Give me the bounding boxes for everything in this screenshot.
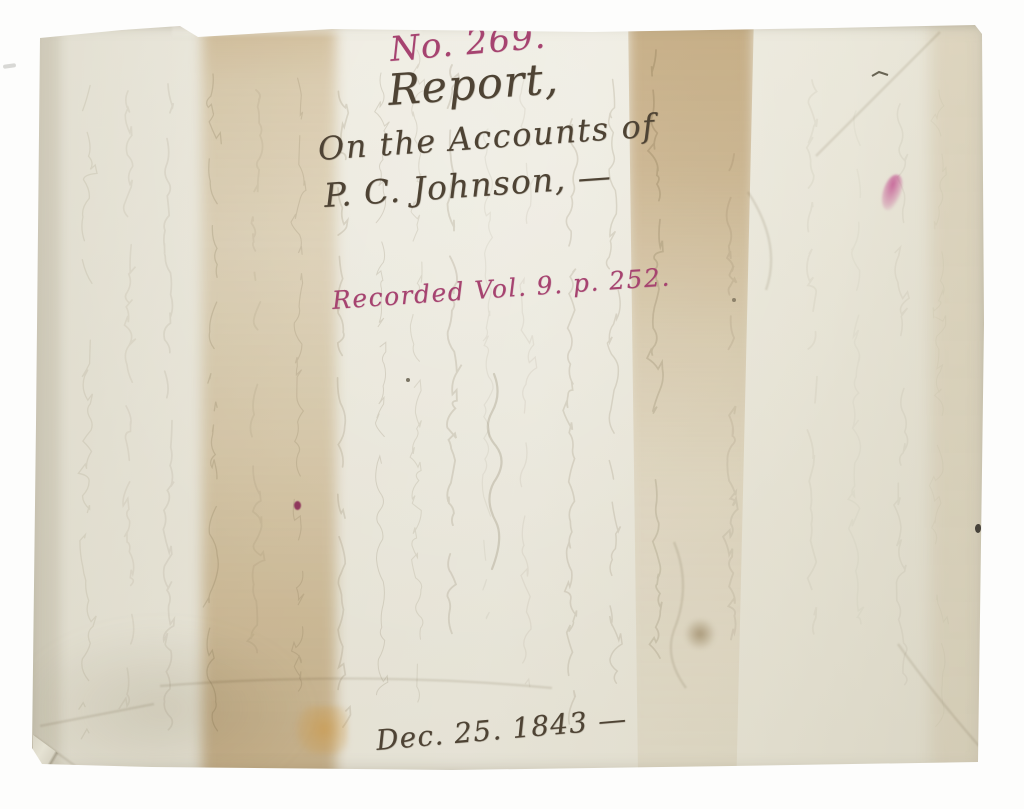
document-page: No. 269. Report, On the Accounts of P. C… [32,24,984,770]
paper-edge-shading [32,24,984,770]
ink-speck [218,28,224,35]
scanner-margin-mark [3,63,16,69]
